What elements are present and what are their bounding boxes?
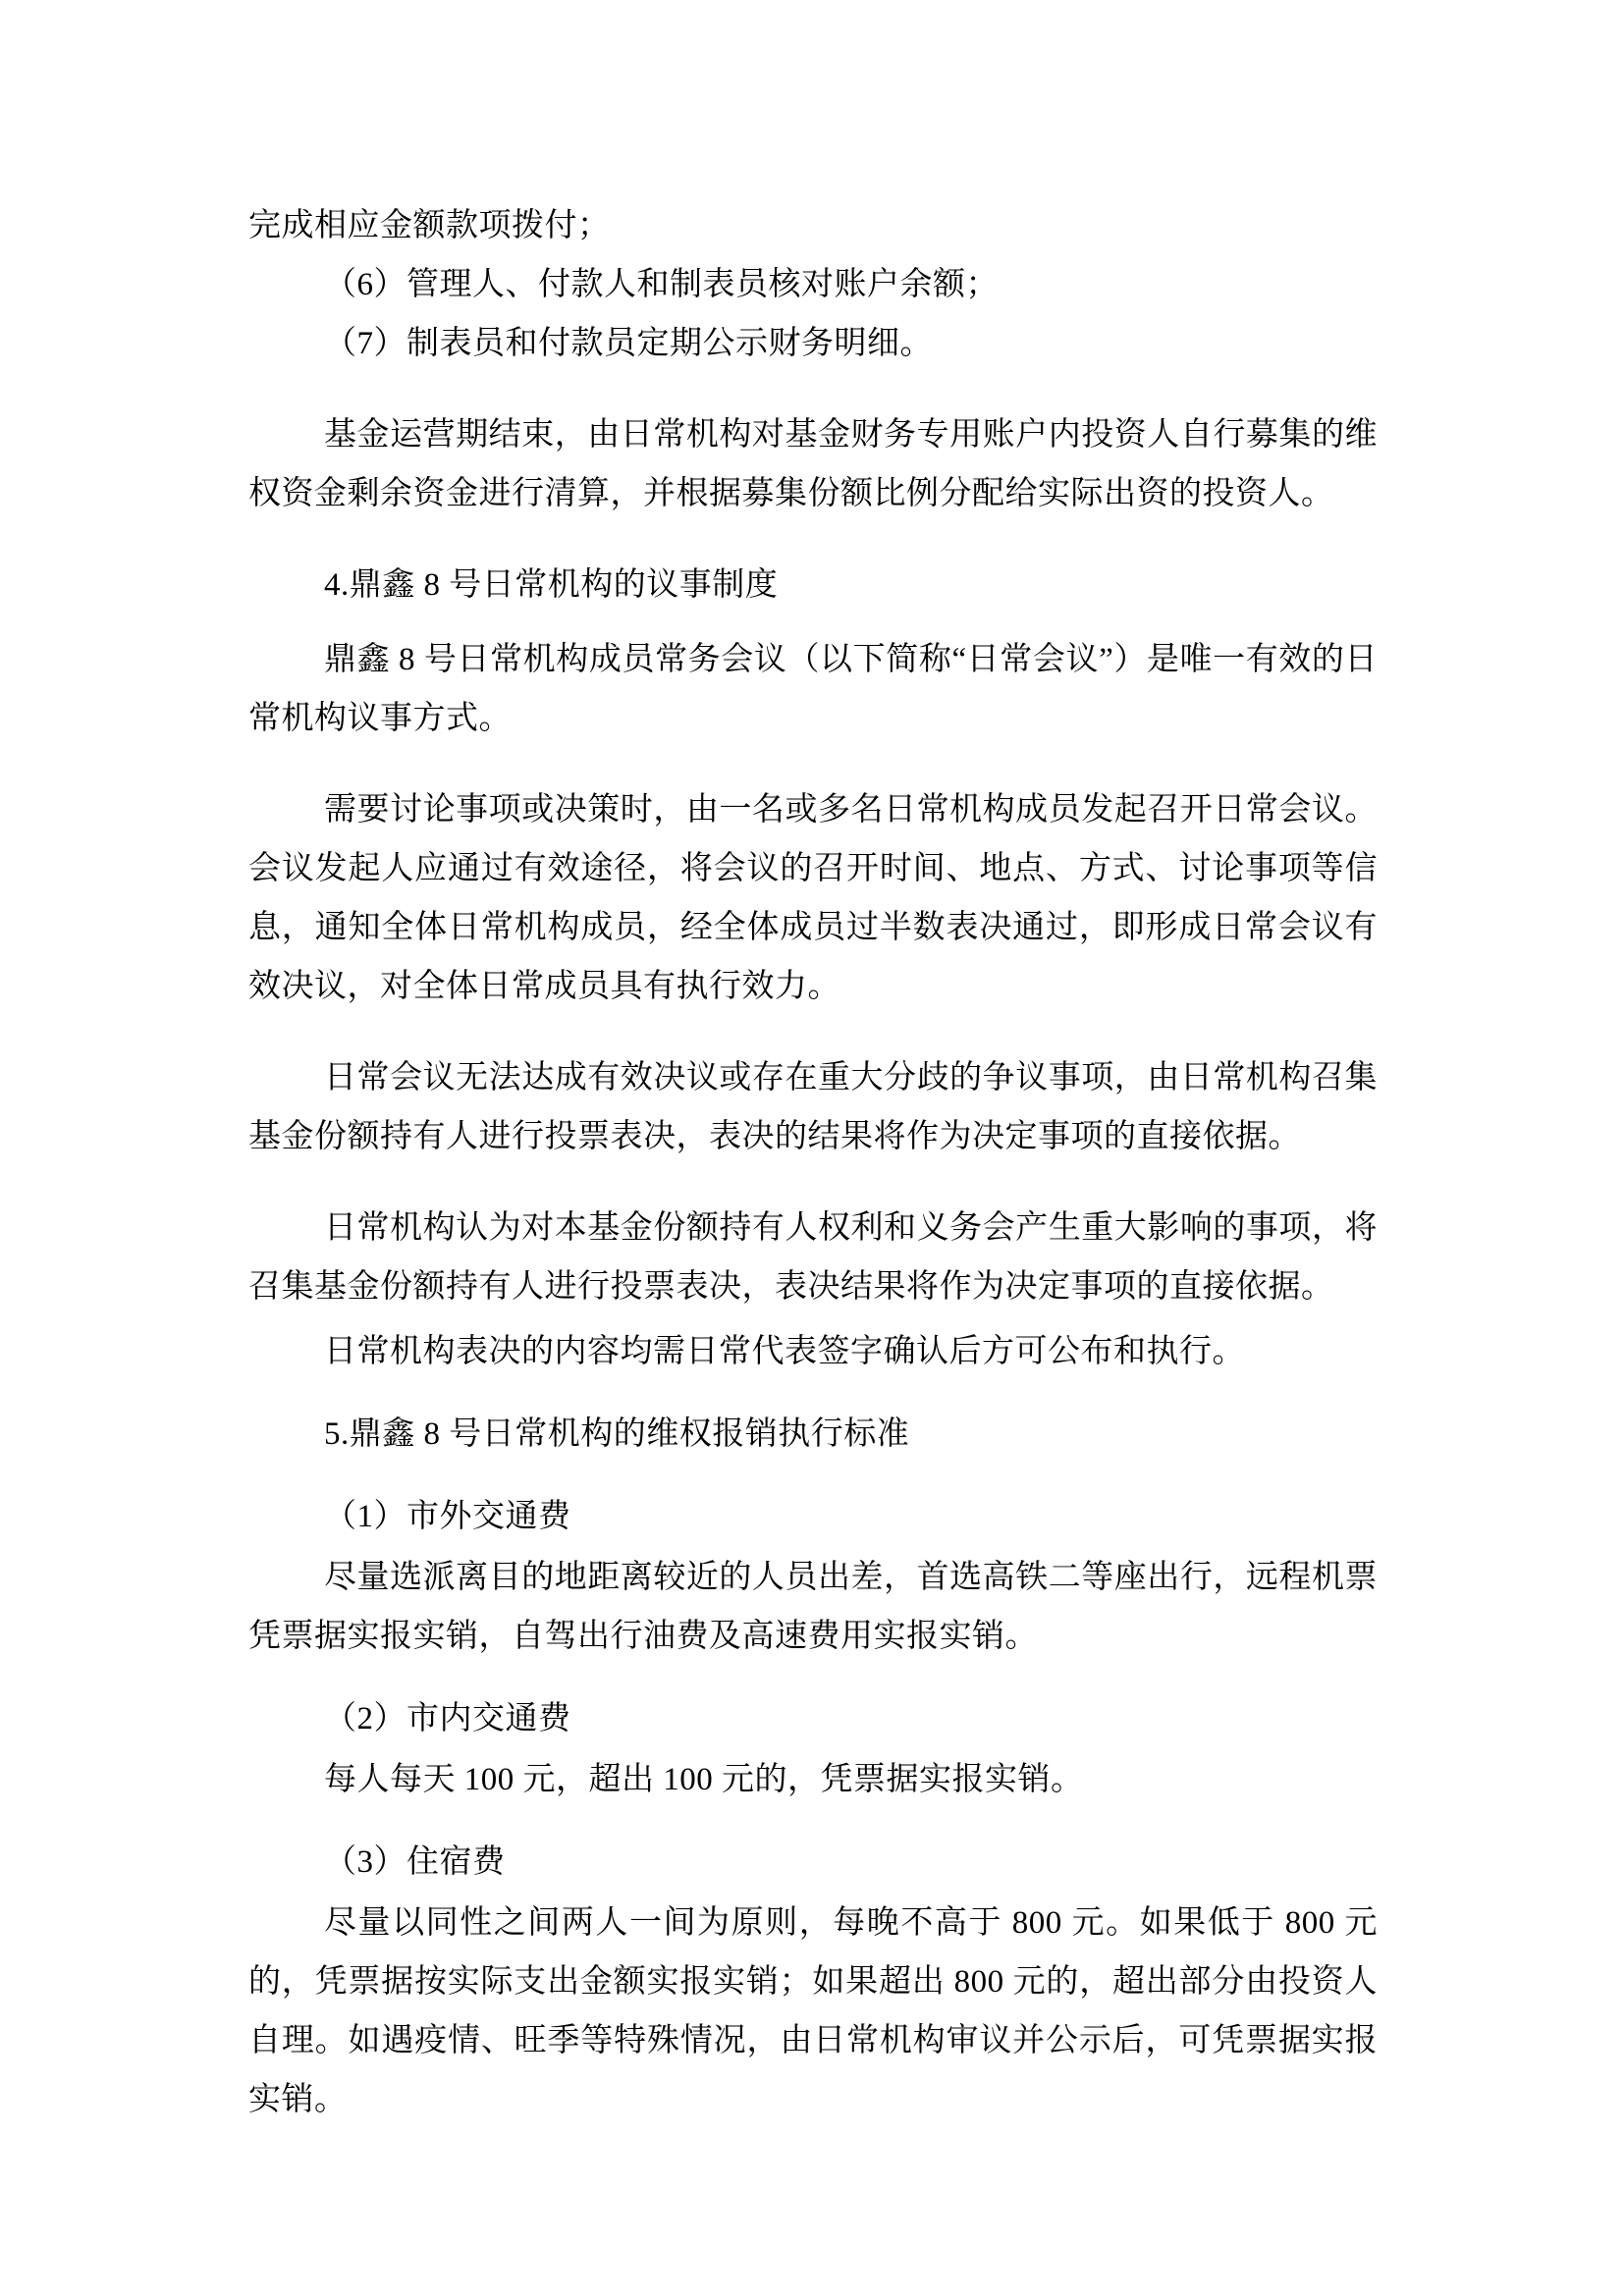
numbered-item-6: （6）管理人、付款人和制表员核对账户余额； bbox=[248, 255, 1378, 314]
sub-item-3-title: （3）住宿费 bbox=[248, 1833, 1378, 1892]
paragraph-city-transport: 每人每天 100 元，超出 100 元的，凭票据实报实销。 bbox=[248, 1750, 1378, 1809]
paragraph-intercity-transport: 尽量选派离目的地距离较近的人员出差，首选高铁二等座出行，远程机票凭票据实报实销，… bbox=[248, 1548, 1378, 1666]
heading-section-5: 5.鼎鑫 8 号日常机构的维权报销执行标准 bbox=[248, 1405, 1378, 1464]
numbered-item-7: （7）制表员和付款员定期公示财务明细。 bbox=[248, 314, 1378, 373]
sub-item-2-title: （2）市内交通费 bbox=[248, 1689, 1378, 1748]
paragraph-dispute-voting: 日常会议无法达成有效决议或存在重大分歧的争议事项，由日常机构召集基金份额持有人进… bbox=[248, 1048, 1378, 1166]
paragraph-daily-meeting-definition: 鼎鑫 8 号日常机构成员常务会议（以下简称“日常会议”）是唯一有效的日常机构议事… bbox=[248, 630, 1378, 748]
heading-section-4: 4.鼎鑫 8 号日常机构的议事制度 bbox=[248, 556, 1378, 614]
paragraph-fund-liquidation: 基金运营期结束，由日常机构对基金财务专用账户内投资人自行募集的维权资金剩余资金进… bbox=[248, 405, 1378, 523]
paragraph-major-impact-voting: 日常机构认为对本基金份额持有人权利和义务会产生重大影响的事项，将召集基金份额持有… bbox=[248, 1199, 1378, 1316]
paragraph-continuation: 完成相应金额款项拨付； bbox=[248, 196, 1378, 255]
paragraph-signature-confirmation: 日常机构表决的内容均需日常代表签字确认后方可公布和执行。 bbox=[248, 1322, 1378, 1381]
sub-item-1-title: （1）市外交通费 bbox=[248, 1487, 1378, 1546]
document-text-block: 完成相应金额款项拨付； （6）管理人、付款人和制表员核对账户余额； （7）制表员… bbox=[248, 196, 1378, 2129]
paragraph-accommodation: 尽量以同性之间两人一间为原则，每晚不高于 800 元。如果低于 800 元的，凭… bbox=[248, 1894, 1378, 2129]
document-page: 完成相应金额款项拨付； （6）管理人、付款人和制表员核对账户余额； （7）制表员… bbox=[0, 0, 1624, 2296]
paragraph-meeting-procedure: 需要讨论事项或决策时，由一名或多名日常机构成员发起召开日常会议。会议发起人应通过… bbox=[248, 780, 1378, 1016]
